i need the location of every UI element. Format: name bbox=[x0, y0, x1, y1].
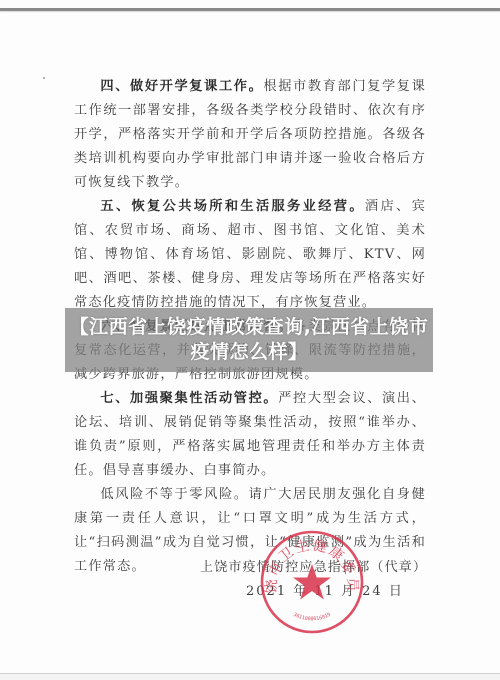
section-heading: 五、恢复公共场所和生活服务业经营。 bbox=[100, 199, 365, 214]
section-heading: 七、加强聚集性活动管控。 bbox=[100, 391, 278, 406]
title-overlay-banner: 【江西省上饶疫情政策查询,江西省上饶市疫情怎么样】 bbox=[65, 308, 433, 372]
bottom-border-strip bbox=[0, 674, 500, 680]
svg-text:3611000016019: 3611000016019 bbox=[292, 612, 331, 623]
section-text: 酒店、宾馆、农贸市场、商场、超市、图书馆、文化馆、美术馆、博物馆、体育场馆、影剧… bbox=[74, 199, 426, 310]
section-heading: 四、做好开学复课工作。 bbox=[100, 79, 263, 94]
paragraph-section-5: 五、恢复公共场所和生活服务业经营。酒店、宾馆、农贸市场、商场、超市、图书馆、文化… bbox=[74, 195, 426, 315]
scan-speck bbox=[43, 77, 45, 79]
paragraph-section-7: 七、加强聚集性活动管控。严控大型会议、演出、论坛、培训、展销促销等聚集性活动，按… bbox=[74, 387, 426, 483]
overlay-title: 【江西省上饶疫情政策查询,江西省上饶市疫情怎么样】 bbox=[65, 315, 433, 365]
issue-date: 2021 年 11 月 24 日 bbox=[246, 580, 404, 599]
document-page: 四、做好开学复课工作。根据市教育部门复学复课工作统一部署安排，各级各类学校分段错… bbox=[0, 0, 500, 680]
top-border-rule bbox=[0, 8, 500, 11]
issuing-organization: 上饶市疫情防控应急指挥部（代章） bbox=[200, 556, 427, 575]
paragraph-section-4: 四、做好开学复课工作。根据市教育部门复学复课工作统一部署安排，各级各类学校分段错… bbox=[74, 75, 426, 195]
section-text: 根据市教育部门复学复课工作统一部署安排，各级各类学校分段错时、依次有序开学，严格… bbox=[74, 79, 426, 190]
